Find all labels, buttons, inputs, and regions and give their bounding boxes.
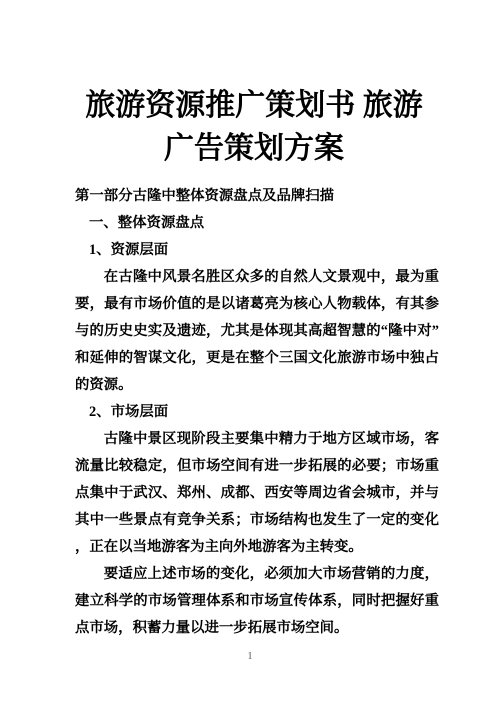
document-title: 旅游资源推广策划书 旅游 广告策划方案 xyxy=(69,84,439,170)
section-heading-resource-level: 1、资源层面 xyxy=(75,237,439,264)
section-heading-part-one: 第一部分古隆中整体资源盘点及品牌扫描 xyxy=(75,183,439,210)
section-heading-overall-resources: 一、整体资源盘点 xyxy=(75,210,439,237)
document-title-line-1: 旅游资源推广策划书 旅游 xyxy=(69,84,439,127)
page-number: 1 xyxy=(0,651,500,663)
paragraph-resource-level: 在古隆中风景名胜区众多的自然人文景观中，最为重要，最有市场价值的是以诸葛亮为核心… xyxy=(75,264,439,399)
document-title-line-2: 广告策划方案 xyxy=(69,127,439,170)
paragraph-market-strategy: 要适应上述市场的变化，必须加大市场营销的力度，建立科学的市场管理体系和市场宣传体… xyxy=(75,561,439,642)
paragraph-market-level: 古隆中景区现阶段主要集中精力于地方区域市场，客流量比较稳定，但市场空间有进一步拓… xyxy=(75,426,439,561)
section-heading-market-level: 2、市场层面 xyxy=(75,399,439,426)
document-page: 旅游资源推广策划书 旅游 广告策划方案 第一部分古隆中整体资源盘点及品牌扫描 一… xyxy=(0,0,500,707)
